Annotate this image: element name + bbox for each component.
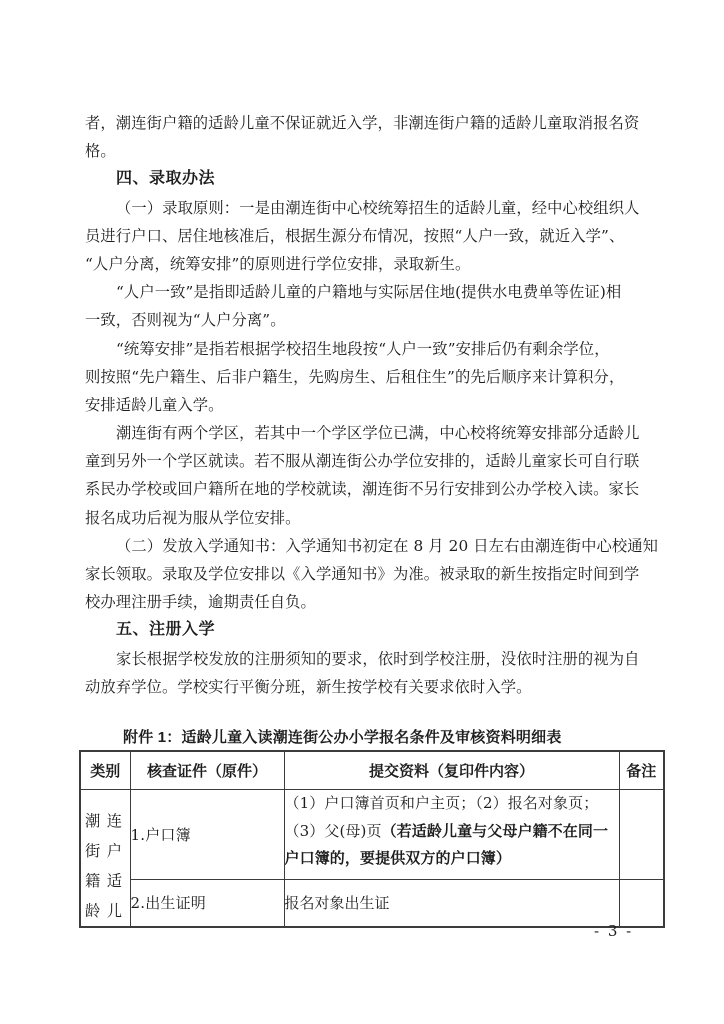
table-header-row: 类别 核查证件（原件） 提交资料（复印件内容） 备注 <box>80 751 664 790</box>
text-line: 格。 <box>85 137 641 165</box>
text-line: （二）发放入学通知书：入学通知书初定在 8 月 20 日左右由潮连街中心校通知 <box>85 532 641 560</box>
table-row: 2.出生证明 报名对象出生证 <box>80 879 664 927</box>
text-line: 系民办学校或回户籍所在地的学校就读，潮连街不另行安排到公办学校入读。家长 <box>85 475 641 503</box>
heading-register-enrollment: 五、注册入学 <box>85 616 641 644</box>
materials-text: 报名对象出生证 <box>285 894 390 912</box>
text-line: 一致，否则视为“人户分离”。 <box>85 306 641 334</box>
text-line: 家长领取。录取及学位安排以《入学通知书》为准。被录取的新生按指定时间到学 <box>85 560 641 588</box>
heading-admission-methods: 四、录取办法 <box>85 165 641 193</box>
attachment-title: 附件 1：适龄儿童入读潮连街公办小学报名条件及审核资料明细表 <box>123 726 562 747</box>
text-line: 校办理注册手续，逾期责任自负。 <box>85 588 641 616</box>
table-row: 潮连街户籍适龄儿 1.户口簿 （1）户口簿首页和户主页；（2）报名对象页；（3）… <box>80 790 664 880</box>
header-materials: 提交资料（复印件内容） <box>284 751 619 790</box>
text-line: 则按照“先户籍生、后非户籍生，先购房生、后租住生”的先后顺序来计算积分， <box>85 363 641 391</box>
text-line: “人户分离，统筹安排”的原则进行学位安排，录取新生。 <box>85 250 641 278</box>
note-cell <box>619 790 664 880</box>
certificate-cell: 1.户口簿 <box>130 790 284 880</box>
page-number: - 3 - <box>594 922 633 940</box>
body-text-block: 者，潮连街户籍的适龄儿童不保证就近入学，非潮连街户籍的适龄儿童取消报名资 格。 … <box>85 109 641 701</box>
header-note: 备注 <box>619 751 664 790</box>
text-line: 员进行户口、居住地核准后，根据生源分布情况，按照“人户一致，就近入学”、 <box>85 222 641 250</box>
text-line: 者，潮连街户籍的适龄儿童不保证就近入学，非潮连街户籍的适龄儿童取消报名资 <box>85 109 641 137</box>
document-page: 者，潮连街户籍的适龄儿童不保证就近入学，非潮连街户籍的适龄儿童取消报名资 格。 … <box>0 0 724 1024</box>
certificate-cell: 2.出生证明 <box>130 879 284 927</box>
header-certificate: 核查证件（原件） <box>130 751 284 790</box>
text-line: 童到另外一个学区就读。若不服从潮连街公办学位安排的，适龄儿童家长可自行联 <box>85 447 641 475</box>
text-line: 潮连街有两个学区，若其中一个学区学位已满，中心校将统筹安排部分适龄儿 <box>85 419 641 447</box>
text-line: “人户一致”是指即适龄儿童的户籍地与实际居住地(提供水电费单等佐证)相 <box>85 278 641 306</box>
materials-cell: 报名对象出生证 <box>284 879 619 927</box>
text-line: 动放弃学位。学校实行平衡分班，新生按学校有关要求依时入学。 <box>85 673 641 701</box>
category-label: 潮连街户籍适龄儿 <box>85 806 130 926</box>
text-line: 家长根据学校发放的注册须知的要求，依时到学校注册，没依时注册的视为自 <box>85 645 641 673</box>
text-line: 报名成功后视为服从学位安排。 <box>85 504 641 532</box>
category-cell: 潮连街户籍适龄儿 <box>80 790 130 928</box>
text-line: （一）录取原则：一是由潮连街中心校统筹招生的适龄儿童，经中心校组织人 <box>85 194 641 222</box>
text-line: 安排适龄儿童入学。 <box>85 391 641 419</box>
header-category: 类别 <box>80 751 130 790</box>
note-cell <box>619 879 664 927</box>
requirements-table: 类别 核查证件（原件） 提交资料（复印件内容） 备注 潮连街户籍适龄儿 1.户口… <box>79 750 665 928</box>
text-line: “统筹安排”是指若根据学校招生地段按“人户一致”安排后仍有剩余学位， <box>85 335 641 363</box>
materials-cell: （1）户口簿首页和户主页；（2）报名对象页；（3）父(母)页（若适龄儿童与父母户… <box>284 790 619 880</box>
